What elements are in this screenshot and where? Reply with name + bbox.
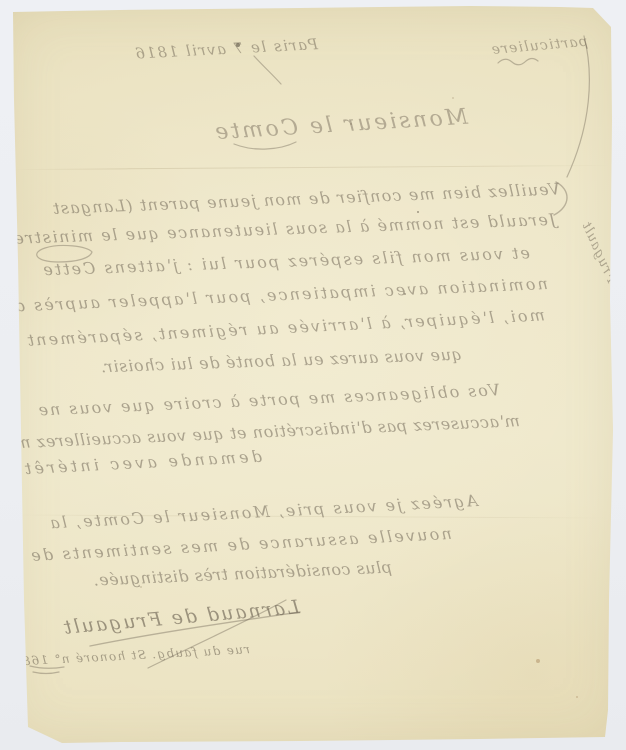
diagonal-docket: Frugault <box>551 160 618 285</box>
salutation: Monsieur le Comte <box>227 105 468 146</box>
dateline: Paris le 7 avril 1816 <box>130 35 319 63</box>
handwriting-line: moi, l'équiper, à l'arrivée au régiment,… <box>30 305 545 349</box>
handwriting-line: m'accuserez pas d'indiscrétion et que vo… <box>22 411 520 452</box>
handwriting-line: Vos obligeances me porte à croire que vo… <box>55 380 500 419</box>
ink-flourishes <box>0 0 626 750</box>
horizontal-fold-crease <box>14 165 610 170</box>
handwriting-line: et vous mon fils espérez pour lui : j'at… <box>30 243 530 280</box>
date-tail-stroke <box>254 56 281 84</box>
foxing-specks <box>0 0 2 2</box>
annotation-underline-squiggle <box>498 59 538 65</box>
address-underline-2 <box>33 672 59 674</box>
signature: Larnaud de Frugault <box>74 596 300 638</box>
annotation-descender-stroke <box>567 36 589 177</box>
header-annotation: particuliere <box>487 34 588 59</box>
scanned-letter-view: particuliere Paris le 7 avril 1816 Monsi… <box>0 0 626 750</box>
address-line: rue du faubg. St honoré n° 168 <box>28 642 250 668</box>
letter-paper-sheet: particuliere Paris le 7 avril 1816 Monsi… <box>0 0 626 750</box>
handwriting-line: que vous aurez eu la bonté de lui choisi… <box>98 345 462 377</box>
handwriting-line: demande avec intérêt. <box>22 447 263 479</box>
handwriting-line: plus considération très distinguée. <box>95 558 393 590</box>
